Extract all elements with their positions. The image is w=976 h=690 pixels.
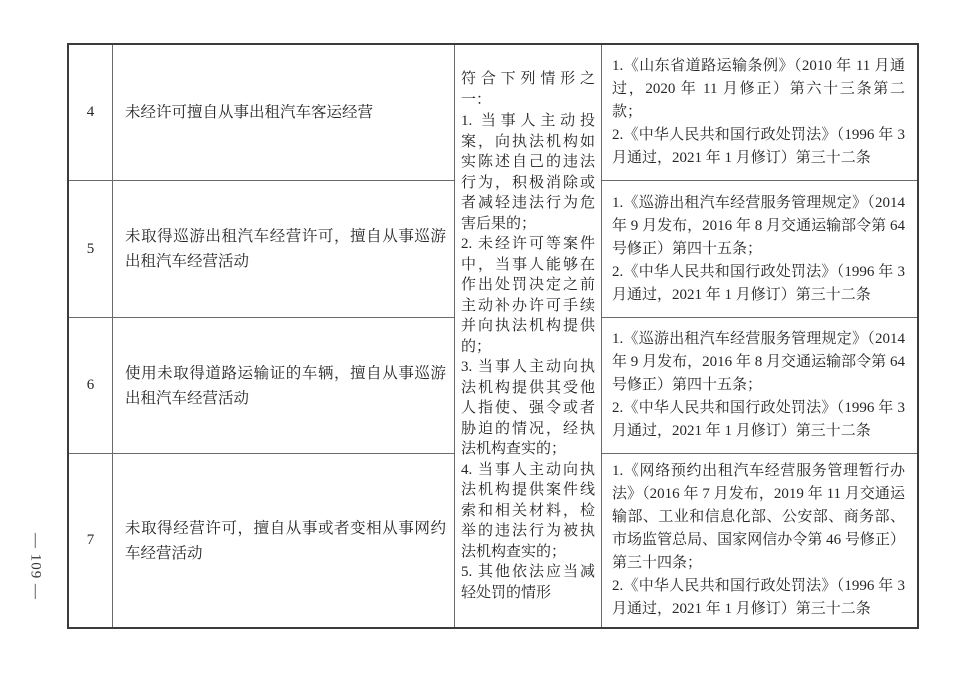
legal-basis-item: 2.《中华人民共和国行政处罚法》（1996 年 3 月通过，2021 年 1 月… [612, 575, 905, 621]
condition-item: 5. 其他依法应当减轻处罚的情形 [461, 562, 595, 603]
violation-text: 未取得巡游出租汽车经营许可，擅自从事巡游出租汽车经营活动 [125, 224, 446, 274]
condition-item: 3. 当事人主动向执法机构提供其受他人指使、强令或者胁迫的情况，经执法机构查实的… [461, 357, 595, 460]
legal-basis-cell: 1.《山东省道路运输条例》（2010 年 11 月通过，2020 年 11 月修… [602, 45, 917, 181]
row-number-cell: 6 [69, 318, 113, 454]
condition-item: 2. 未经许可等案件中，当事人能够在作出处罚决定之前主动补办许可手续并向执法机构… [461, 234, 595, 357]
legal-basis-item: 1.《巡游出租汽车经营服务管理规定》（2014 年 9 月发布，2016 年 8… [612, 328, 905, 397]
legal-basis-cell: 1.《巡游出租汽车经营服务管理规定》（2014 年 9 月发布，2016 年 8… [602, 181, 917, 318]
legal-basis-item: 2.《中华人民共和国行政处罚法》（1996 年 3 月通过，2021 年 1 月… [612, 261, 905, 307]
violation-cell: 使用未取得道路运输证的车辆，擅自从事巡游出租汽车经营活动 [113, 318, 455, 454]
legal-basis-item: 2.《中华人民共和国行政处罚法》（1996 年 3 月通过，2021 年 1 月… [612, 124, 905, 170]
violation-text: 未经许可擅自从事出租汽车客运经营 [125, 100, 446, 125]
mitigation-conditions-cell: 符合下列情形之一： 1. 当事人主动投案，向执法机构如实陈述自己的违法行为，积极… [455, 45, 602, 627]
row-number-cell: 7 [69, 454, 113, 627]
legal-basis-item: 1.《网络预约出租汽车经营服务管理暂行办法》（2016 年 7 月发布，2019… [612, 460, 905, 575]
row-number-cell: 4 [69, 45, 113, 181]
condition-item: 1. 当事人主动投案，向执法机构如实陈述自己的违法行为，积极消除或者减轻违法行为… [461, 111, 595, 234]
condition-item: 4. 当事人主动向执法机构提供案件线索和相关材料，检举的违法行为被执法机构查实的… [461, 460, 595, 563]
violation-cell: 未取得经营许可，擅自从事或者变相从事网约车经营活动 [113, 454, 455, 627]
violation-text: 使用未取得道路运输证的车辆，擅自从事巡游出租汽车经营活动 [125, 361, 446, 411]
page-number: — 109 — [27, 517, 44, 617]
legal-basis-item: 1.《巡游出租汽车经营服务管理规定》（2014 年 9 月发布，2016 年 8… [612, 192, 905, 261]
legal-basis-item: 1.《山东省道路运输条例》（2010 年 11 月通过，2020 年 11 月修… [612, 55, 905, 124]
penalty-table: 4 未经许可擅自从事出租汽车客运经营 1.《山东省道路运输条例》（2010 年 … [67, 43, 919, 629]
row-number-cell: 5 [69, 181, 113, 318]
violation-text: 未取得经营许可，擅自从事或者变相从事网约车经营活动 [125, 516, 446, 566]
legal-basis-cell: 1.《网络预约出租汽车经营服务管理暂行办法》（2016 年 7 月发布，2019… [602, 454, 917, 627]
violation-cell: 未取得巡游出租汽车经营许可，擅自从事巡游出租汽车经营活动 [113, 181, 455, 318]
conditions-header: 符合下列情形之一： [461, 69, 595, 110]
violation-cell: 未经许可擅自从事出租汽车客运经营 [113, 45, 455, 181]
legal-basis-cell: 1.《巡游出租汽车经营服务管理规定》（2014 年 9 月发布，2016 年 8… [602, 318, 917, 454]
legal-basis-item: 2.《中华人民共和国行政处罚法》（1996 年 3 月通过，2021 年 1 月… [612, 397, 905, 443]
